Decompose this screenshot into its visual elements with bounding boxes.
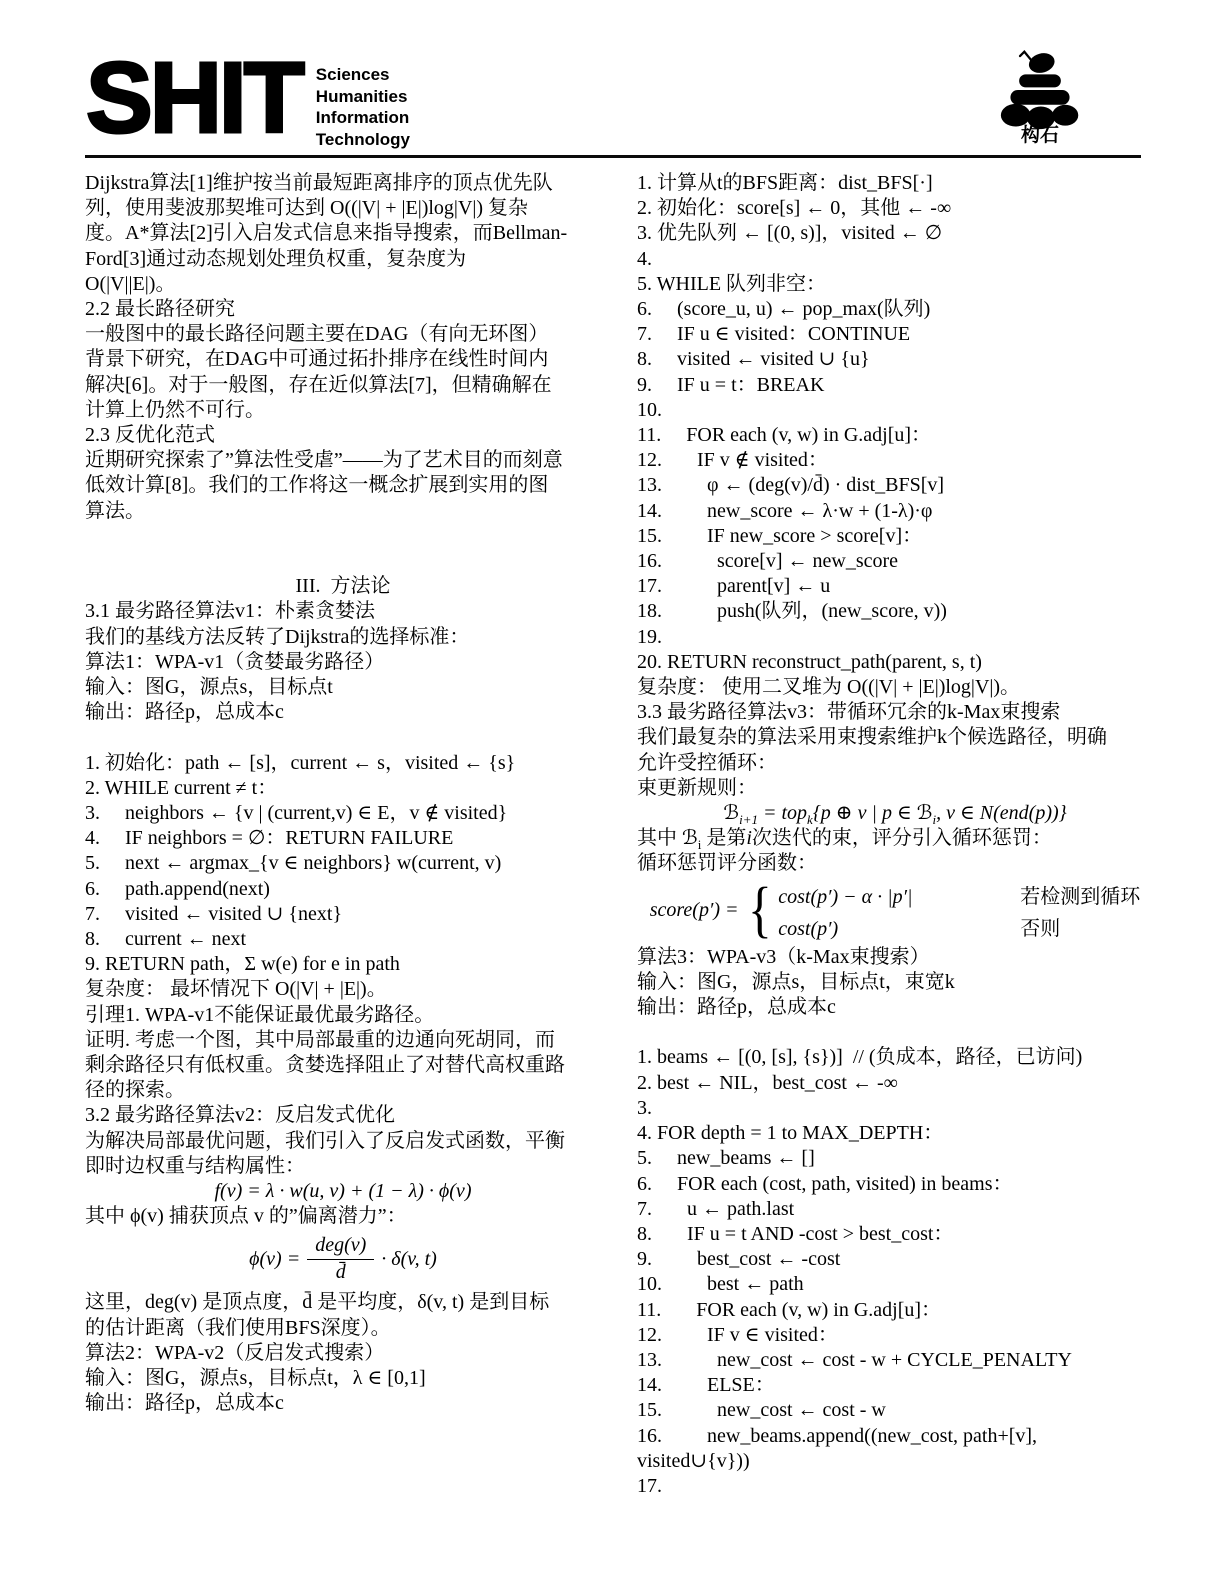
text-line: 证明. 考虑一个图，其中局部最重的边通向死胡同，而 bbox=[85, 1028, 601, 1053]
text-line: 20. RETURN reconstruct_path(parent, s, t… bbox=[637, 650, 1153, 675]
text-line: 2. 初始化：score[s] ← 0，其他 ← -∞ bbox=[637, 196, 1153, 221]
text-line: 8. visited ← visited ∪ {u} bbox=[637, 347, 1153, 372]
text-line: 8. current ← next bbox=[85, 927, 601, 952]
text-line: 我们最复杂的算法采用束搜索维护k个候选路径，明确 bbox=[637, 725, 1153, 750]
right-column: 1. 计算从t的BFS距离：dist_BFS[·]2. 初始化：score[s]… bbox=[637, 171, 1153, 1499]
text-line: 径的探索。 bbox=[85, 1078, 601, 1103]
text-line: 输出：路径p，总成本c bbox=[85, 700, 601, 725]
text-line: 度。A*算法[2]引入启发式信息来指导搜索，而Bellman- bbox=[85, 221, 601, 246]
cases-condition: 若检测到循环 bbox=[1020, 880, 1140, 909]
text-line: 算法1：WPA-v1（贪婪最劣路径） bbox=[85, 650, 601, 675]
score-cases-formula: score(p′) = { cost(p′) − α · |p′| 若检测到循环… bbox=[637, 877, 1153, 945]
text-line: 我们的基线方法反转了Dijkstra的选择标准： bbox=[85, 625, 601, 650]
subtitle-line: Technology bbox=[316, 129, 410, 151]
text-line: 6. FOR each (cost, path, visited) in bea… bbox=[637, 1172, 1153, 1197]
text-line: 16. new_beams.append((new_cost, path+[v]… bbox=[637, 1424, 1153, 1449]
text-line: 12. IF v ∈ visited： bbox=[637, 1323, 1153, 1348]
text-line: 7. IF u ∈ visited：CONTINUE bbox=[637, 322, 1153, 347]
text-line: 循环惩罚评分函数： bbox=[637, 851, 1153, 876]
text-line bbox=[85, 524, 601, 549]
text-line: 5. next ← argmax_{v ∈ neighbors} w(curre… bbox=[85, 851, 601, 876]
right-text-block-2: 算法3：WPA-v3（k-Max束搜索）输入：图G，源点s，目标点t，束宽k输出… bbox=[637, 945, 1153, 1499]
subtitle-line: Sciences bbox=[316, 64, 410, 86]
text-line: 9. RETURN path，Σ w(e) for e in path bbox=[85, 952, 601, 977]
text-line: 6. path.append(next) bbox=[85, 877, 601, 902]
journal-logo-subtitle: Sciences Humanities Information Technolo… bbox=[316, 64, 410, 150]
text-line: visited∪{v})) bbox=[637, 1449, 1153, 1474]
journal-logo-text: SHIT bbox=[86, 52, 302, 144]
text-line: 2.3 反优化范式 bbox=[85, 423, 601, 448]
fraction-numerator: deg(v) bbox=[307, 1234, 374, 1259]
text-line: f(v) = λ · w(u, v) + (1 − λ) · ϕ(v) bbox=[85, 1179, 601, 1204]
text-line: 18. push(队列，(new_score, v)) bbox=[637, 599, 1153, 624]
text-line: 为解决局部最优问题，我们引入了反启发式函数，平衡 bbox=[85, 1129, 601, 1154]
text-line: 低效计算[8]。我们的工作将这一概念扩展到实用的图 bbox=[85, 473, 601, 498]
text-line: 11. FOR each (v, w) in G.adj[u]： bbox=[637, 1298, 1153, 1323]
text-line: 5. new_beams ← [] bbox=[637, 1146, 1153, 1171]
cases-lhs: score(p′) = bbox=[650, 899, 739, 922]
text-line: 2.2 最长路径研究 bbox=[85, 297, 601, 322]
text-line: ℬi+1 = topk{p ⊕ v | p ∈ ℬi, v ∈ N(end(p)… bbox=[637, 801, 1153, 826]
text-line: 复杂度： 最坏情况下 O(|V| + |E|)。 bbox=[85, 977, 601, 1002]
rock-pile-icon bbox=[985, 50, 1095, 130]
text-line: Dijkstra算法[1]维护按当前最短距离排序的顶点优先队 bbox=[85, 171, 601, 196]
text-line: 3. bbox=[637, 1096, 1153, 1121]
text-line: 1. 初始化：path ← [s]，current ← s，visited ← … bbox=[85, 751, 601, 776]
text-line: 2. WHILE current ≠ t： bbox=[85, 776, 601, 801]
text-line: 11. FOR each (v, w) in G.adj[u]： bbox=[637, 423, 1153, 448]
cases-expression: cost(p′) bbox=[778, 918, 1010, 941]
cases-rows: cost(p′) − α · |p′| 若检测到循环 cost(p′) 否则 bbox=[778, 880, 1140, 941]
phi-formula: ϕ(v) = deg(v) d̄ · δ(v, t) bbox=[85, 1229, 601, 1290]
text-line: 10. bbox=[637, 398, 1153, 423]
text-line: 这里，deg(v) 是顶点度，d̄ 是平均度，δ(v, t) 是到目标 bbox=[85, 1290, 601, 1315]
text-line: 算法2：WPA-v2（反启发式搜索） bbox=[85, 1341, 601, 1366]
text-line: 4. bbox=[637, 247, 1153, 272]
text-line: 19. bbox=[637, 625, 1153, 650]
subtitle-line: Humanities bbox=[316, 86, 410, 108]
text-line: 即时边权重与结构属性： bbox=[85, 1154, 601, 1179]
text-line: 束更新规则： bbox=[637, 776, 1153, 801]
text-line: 背景下研究，在DAG中可通过拓扑排序在线性时间内 bbox=[85, 347, 601, 372]
text-line: 输入：图G，源点s，目标点t bbox=[85, 675, 601, 700]
text-line: III. 方法论 bbox=[85, 574, 601, 599]
left-text-block-1: Dijkstra算法[1]维护按当前最短距离排序的顶点优先队列，使用斐波那契堆可… bbox=[85, 171, 601, 1229]
left-text-block-2: 这里，deg(v) 是顶点度，d̄ 是平均度，δ(v, t) 是到目标的估计距离… bbox=[85, 1290, 601, 1416]
text-line: 1. beams ← [(0, [s], {s})] // (负成本，路径，已访… bbox=[637, 1045, 1153, 1070]
text-line: 16. score[v] ← new_score bbox=[637, 549, 1153, 574]
text-line: 列，使用斐波那契堆可达到 O((|V| + |E|)log|V|) 复杂 bbox=[85, 196, 601, 221]
text-line: 10. best ← path bbox=[637, 1272, 1153, 1297]
text-line: 计算上仍然不可行。 bbox=[85, 398, 601, 423]
right-text-block-1: 1. 计算从t的BFS距离：dist_BFS[·]2. 初始化：score[s]… bbox=[637, 171, 1153, 877]
text-line bbox=[85, 725, 601, 750]
text-line: 7. u ← path.last bbox=[637, 1197, 1153, 1222]
text-line: 3. neighbors ← {v | (current,v) ∈ E，v ∉ … bbox=[85, 801, 601, 826]
text-line: 12. IF v ∉ visited： bbox=[637, 448, 1153, 473]
text-line: 9. IF u = t：BREAK bbox=[637, 373, 1153, 398]
text-line: 3.1 最劣路径算法v1：朴素贪婪法 bbox=[85, 599, 601, 624]
text-line: 14. new_score ← λ·w + (1-λ)·φ bbox=[637, 499, 1153, 524]
text-line: 输出：路径p，总成本c bbox=[637, 995, 1153, 1020]
cases-expression: cost(p′) − α · |p′| bbox=[778, 886, 1010, 909]
cases-row: cost(p′) 否则 bbox=[778, 912, 1140, 941]
text-line: 4. FOR depth = 1 to MAX_DEPTH： bbox=[637, 1121, 1153, 1146]
text-line: 4. IF neighbors = ∅：RETURN FAILURE bbox=[85, 826, 601, 851]
publisher-seal: 构石 bbox=[985, 50, 1095, 146]
text-line: O(|V||E|)。 bbox=[85, 272, 601, 297]
text-line: 3. 优先队列 ← [(0, s)]，visited ← ∅ bbox=[637, 221, 1153, 246]
text-line: 算法。 bbox=[85, 499, 601, 524]
text-line: 输出：路径p，总成本c bbox=[85, 1391, 601, 1416]
text-line: 17. parent[v] ← u bbox=[637, 574, 1153, 599]
text-line: 15. IF new_score > score[v]： bbox=[637, 524, 1153, 549]
text-line: 算法3：WPA-v3（k-Max束搜索） bbox=[637, 945, 1153, 970]
publisher-seal-label: 构石 bbox=[985, 126, 1095, 146]
phi-formula-rhs: · δ(v, t) bbox=[381, 1248, 437, 1271]
text-line: 2. best ← NIL，best_cost ← -∞ bbox=[637, 1071, 1153, 1096]
text-line: 允许受控循环： bbox=[637, 751, 1153, 776]
text-line: 近期研究探索了”算法性受虐”——为了艺术目的而刻意 bbox=[85, 448, 601, 473]
paper-page: SHIT Sciences Humanities Information Tec… bbox=[0, 0, 1224, 1584]
text-line bbox=[637, 1020, 1153, 1045]
fraction: deg(v) d̄ bbox=[307, 1234, 374, 1284]
cases-condition: 否则 bbox=[1020, 912, 1060, 941]
text-line: 15. new_cost ← cost - w bbox=[637, 1398, 1153, 1423]
phi-formula-lhs: ϕ(v) = bbox=[249, 1248, 300, 1271]
text-line: 7. visited ← visited ∪ {next} bbox=[85, 902, 601, 927]
text-line: 解决[6]。对于一般图，存在近似算法[7]，但精确解在 bbox=[85, 373, 601, 398]
text-line: 其中 ϕ(v) 捕获顶点 v 的”偏离潜力”： bbox=[85, 1204, 601, 1229]
text-line: 剩余路径只有低权重。贪婪选择阻止了对替代高权重路 bbox=[85, 1053, 601, 1078]
subtitle-line: Information bbox=[316, 107, 410, 129]
text-line: 的估计距离（我们使用BFS深度）。 bbox=[85, 1316, 601, 1341]
text-line: Ford[3]通过动态规划处理负权重，复杂度为 bbox=[85, 247, 601, 272]
header-divider bbox=[85, 155, 1141, 158]
text-line: 1. 计算从t的BFS距离：dist_BFS[·] bbox=[637, 171, 1153, 196]
text-line: 9. best_cost ← -cost bbox=[637, 1247, 1153, 1272]
text-line: 引理1. WPA-v1不能保证最优最劣路径。 bbox=[85, 1003, 601, 1028]
text-line: 5. WHILE 队列非空： bbox=[637, 272, 1153, 297]
text-line: 6. (score_u, u) ← pop_max(队列) bbox=[637, 297, 1153, 322]
text-line: 3.2 最劣路径算法v2：反启发式优化 bbox=[85, 1103, 601, 1128]
left-column: Dijkstra算法[1]维护按当前最短距离排序的顶点优先队列，使用斐波那契堆可… bbox=[85, 171, 601, 1417]
fraction-denominator: d̄ bbox=[307, 1259, 374, 1284]
cases-row: cost(p′) − α · |p′| 若检测到循环 bbox=[778, 880, 1140, 909]
text-line: 3.3 最劣路径算法v3：带循环冗余的k-Max束搜索 bbox=[637, 700, 1153, 725]
text-line: 13. φ ← (deg(v)/d̄) · dist_BFS[v] bbox=[637, 473, 1153, 498]
text-line: 8. IF u = t AND -cost > best_cost： bbox=[637, 1222, 1153, 1247]
journal-masthead: SHIT Sciences Humanities Information Tec… bbox=[86, 52, 410, 150]
text-line: 复杂度： 使用二叉堆为 O((|V| + |E|)log|V|)。 bbox=[637, 675, 1153, 700]
text-line: 输入：图G，源点s，目标点t，束宽k bbox=[637, 970, 1153, 995]
text-line: 输入：图G，源点s，目标点t，λ ∈ [0,1] bbox=[85, 1366, 601, 1391]
text-line: 17. bbox=[637, 1474, 1153, 1499]
text-line: 其中 ℬi 是第i次迭代的束，评分引入循环惩罚： bbox=[637, 826, 1153, 851]
cases-brace: { bbox=[747, 881, 771, 939]
text-line: 13. new_cost ← cost - w + CYCLE_PENALTY bbox=[637, 1348, 1153, 1373]
text-line: 一般图中的最长路径问题主要在DAG（有向无环图） bbox=[85, 322, 601, 347]
text-line: 14. ELSE： bbox=[637, 1373, 1153, 1398]
text-line bbox=[85, 549, 601, 574]
